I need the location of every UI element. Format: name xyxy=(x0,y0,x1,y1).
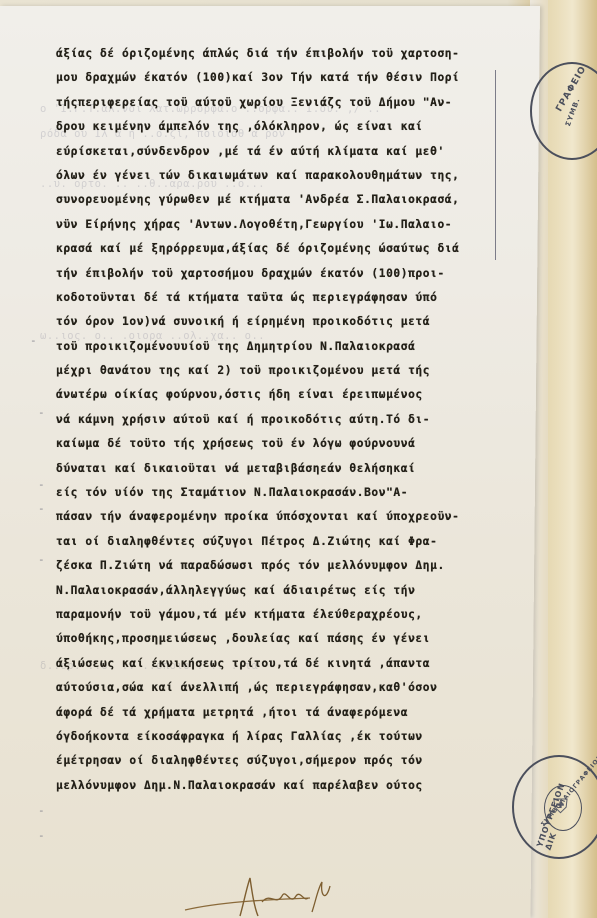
margin-dash: - xyxy=(38,478,45,491)
text-line: τήν έπιβολήν τοϋ χαρτοσήμου δραχμών έκατ… xyxy=(56,262,516,286)
text-line: κρασά καί μέ ξηρόρρευμα,άξίας δέ όριζομέ… xyxy=(56,237,516,261)
text-line: Ν.Παλαιοκρασάν,άλληλεγγύως καί άδιαιρέτω… xyxy=(56,579,516,603)
text-line: ύποθήκης,προσημειώσεως ,δουλείας καί πάσ… xyxy=(56,627,516,651)
text-line: πάσαν τήν άναφερομένην προίκα ύπόσχονται… xyxy=(56,505,516,529)
text-line: συνορευομένης γύρωθεν μέ κτήματα 'Ανδρέα… xyxy=(56,188,516,212)
text-line: άφορά δέ τά χρήματα μετρητά ,ήτοι τά άνα… xyxy=(56,701,516,725)
text-line: νά κάμνη χρήσιν αύτοϋ καί ή προικοδότις … xyxy=(56,408,516,432)
text-line: δρου κειμένην άμπελόν της ,όλόκληρον, ώς… xyxy=(56,115,516,139)
margin-dash: - xyxy=(38,553,45,566)
text-line: κοδοτοϋνται δέ τά κτήματα ταϋτα ώς περιε… xyxy=(56,286,516,310)
text-line: τήςπεριφερείας τοϋ αύτοϋ χωρίου Ξενιάζς … xyxy=(56,91,516,115)
text-line: είς τόν υίόν της Σταμάτιον Ν.Παλαιοκρασά… xyxy=(56,481,516,505)
text-line: άξιώσεως καί έκνικήσεως τρίτου,τά δέ κιν… xyxy=(56,652,516,676)
official-stamp-bottom: ⛨ ΥΠΟΥΡΓΕΙΟΝ ΔΙΚ ΣΥΜΒΟΛΑΙΟΓΡΑΦΕΙΟΝ xyxy=(512,755,597,859)
text-line: άνωτέρω οίκίας φούρνου,όστις ήδη είναι έ… xyxy=(56,383,516,407)
handwritten-signature xyxy=(180,872,380,918)
margin-dash: - xyxy=(38,406,45,419)
margin-dash: - xyxy=(38,804,45,817)
text-line: εύρίσκεται,σύνδενδρον ,μέ τά έν αύτή κλί… xyxy=(56,140,516,164)
text-line: νϋν Είρήνης χήρας 'Αντων.Λογοθέτη,Γεωργί… xyxy=(56,213,516,237)
text-line: όγδοήκοντα είκοσάφραγκα ή λίρας Γαλλίας … xyxy=(56,725,516,749)
margin-dash: - xyxy=(30,334,37,347)
text-line: τόν όρον 1ον)νά συνοική ή είρημένη προικ… xyxy=(56,310,516,334)
text-line: καίωμα δέ τοϋτο τής χρήσεως τοϋ έν λόγω … xyxy=(56,432,516,456)
text-line: μέχρι θανάτου της καί 2) τοϋ προικιζομέν… xyxy=(56,359,516,383)
document-body: άξίας δέ όριζομένης άπλώς διά τήν έπιβολ… xyxy=(56,42,516,798)
text-line: δύναται καί δικαιοϋται νά μεταβιβάσηεάν … xyxy=(56,457,516,481)
text-line: αύτούσια,σώα καί άνελλιπή ,ώς περιεγράφη… xyxy=(56,676,516,700)
text-line: τοϋ προικιζομένουυίοϋ της Δημητρίου Ν.Πα… xyxy=(56,335,516,359)
text-line: ζέσκα Π.Ζιώτη νά παραδώσωσι πρός τόν μελ… xyxy=(56,554,516,578)
text-line: άξίας δέ όριζομένης άπλώς διά τήν έπιβολ… xyxy=(56,42,516,66)
text-line: μελλόνυμφον Δημ.Ν.Παλαιοκρασάν καί παρέλ… xyxy=(56,774,516,798)
text-line: μου δραχμών έκατόν (100)καί 3ον Τήν κατά… xyxy=(56,66,516,90)
text-line: όλων έν γένει τών δικαιωμάτων καί παρακο… xyxy=(56,164,516,188)
text-line: ται οί διαληφθέντες σύζυγοι Πέτρος Δ.Ζιώ… xyxy=(56,530,516,554)
margin-dash: - xyxy=(38,829,45,842)
text-line: έμέτρησαν οί διαληφθέντες σύζυγοι,σήμερο… xyxy=(56,749,516,773)
text-line: παραμονήν τοϋ γάμου,τά μέν κτήματα έλεύθ… xyxy=(56,603,516,627)
margin-dash: - xyxy=(38,502,45,515)
